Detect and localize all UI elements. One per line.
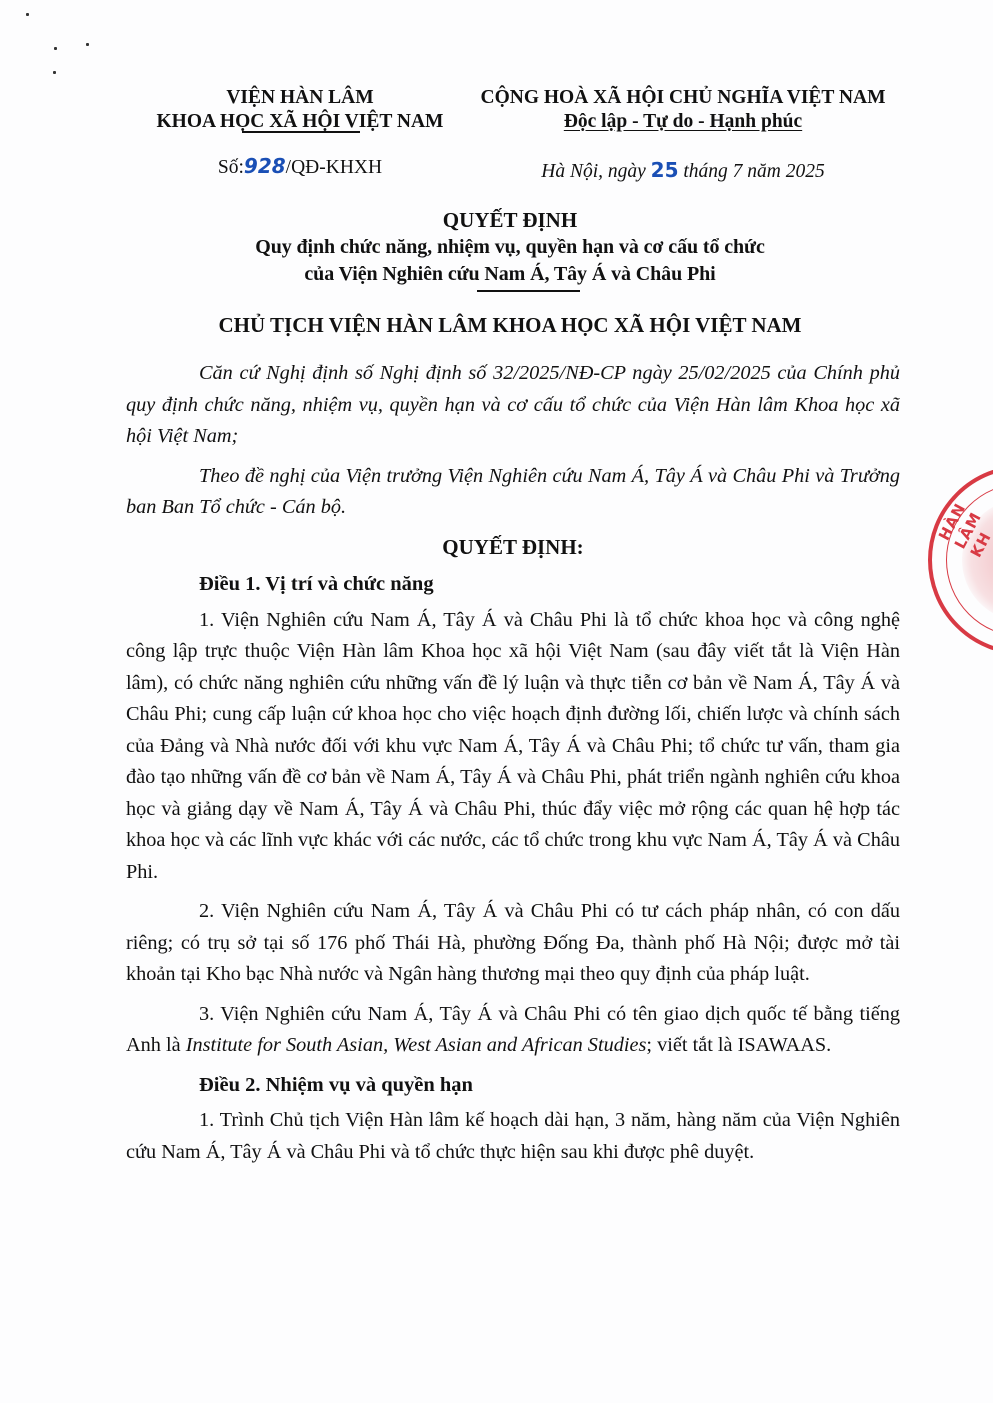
scan-speck	[26, 13, 29, 16]
decision-heading: QUYẾT ĐỊNH:	[126, 532, 900, 564]
article-2-clause-1: 1. Trình Chủ tịch Viện Hàn lâm kế hoạch …	[126, 1105, 900, 1168]
date-prefix: Hà Nội, ngày	[541, 161, 650, 182]
english-institute-name: Institute for South Asian, West Asian an…	[186, 1034, 647, 1056]
national-heading: CỘNG HOÀ XÃ HỘI CHỦ NGHĨA VIỆT NAM Độc l…	[460, 86, 906, 134]
document-body: Căn cứ Nghị định số Nghị định số 32/2025…	[126, 358, 900, 1176]
article-1-clause-1: 1. Viện Nghiên cứu Nam Á, Tây Á và Châu …	[126, 605, 900, 889]
scan-speck	[53, 71, 56, 74]
article-1-clause-3: 3. Viện Nghiên cứu Nam Á, Tây Á và Châu …	[126, 999, 900, 1062]
issuing-authority: CHỦ TỊCH VIỆN HÀN LÂM KHOA HỌC XÃ HỘI VI…	[100, 313, 920, 338]
nation-name: CỘNG HOÀ XÃ HỘI CHỦ NGHĨA VIỆT NAM	[460, 86, 906, 110]
preamble-legal-basis: Căn cứ Nghị định số Nghị định số 32/2025…	[126, 358, 900, 453]
clause-3-abbreviation: ; viết tắt là ISAWAAS.	[646, 1034, 831, 1056]
decision-subject-line-1: Quy định chức năng, nhiệm vụ, quyền hạn …	[100, 234, 920, 261]
ref-suffix: /QĐ-KHXH	[286, 157, 382, 178]
scan-speck	[86, 43, 89, 46]
ref-prefix: Số:	[218, 157, 244, 178]
national-motto: Độc lập - Tự do - Hạnh phúc	[564, 111, 802, 132]
issuing-body: VIỆN HÀN LÂM KHOA HỌC XÃ HỘI VIỆT NAM	[130, 86, 470, 134]
document-number: Số:928/QĐ-KHXH	[130, 154, 470, 179]
preamble-proposal: Theo đề nghị của Viện trưởng Viện Nghiên…	[126, 461, 900, 524]
place-and-date: Hà Nội, ngày 25 tháng 7 năm 2025	[460, 158, 906, 183]
issuer-line-1: VIỆN HÀN LÂM	[130, 86, 470, 110]
handwritten-day: 25	[651, 158, 679, 182]
handwritten-ref-number: 928	[244, 154, 286, 178]
decision-subject-line-2: của Viện Nghiên cứu Nam Á, Tây Á và Châu…	[100, 261, 920, 288]
document-page: VIỆN HÀN LÂM KHOA HỌC XÃ HỘI VIỆT NAM Số…	[0, 0, 993, 1403]
article-2-heading: Điều 2. Nhiệm vụ và quyền hạn	[126, 1070, 900, 1102]
scan-speck	[54, 47, 57, 50]
decision-title: QUYẾT ĐỊNH	[100, 206, 920, 234]
article-1-clause-2: 2. Viện Nghiên cứu Nam Á, Tây Á và Châu …	[126, 896, 900, 991]
date-suffix: tháng 7 năm 2025	[679, 161, 825, 182]
issuer-underline	[242, 131, 360, 133]
decision-title-block: QUYẾT ĐỊNH Quy định chức năng, nhiệm vụ,…	[100, 206, 920, 288]
title-underline	[477, 290, 580, 292]
article-1-heading: Điều 1. Vị trí và chức năng	[126, 569, 900, 601]
